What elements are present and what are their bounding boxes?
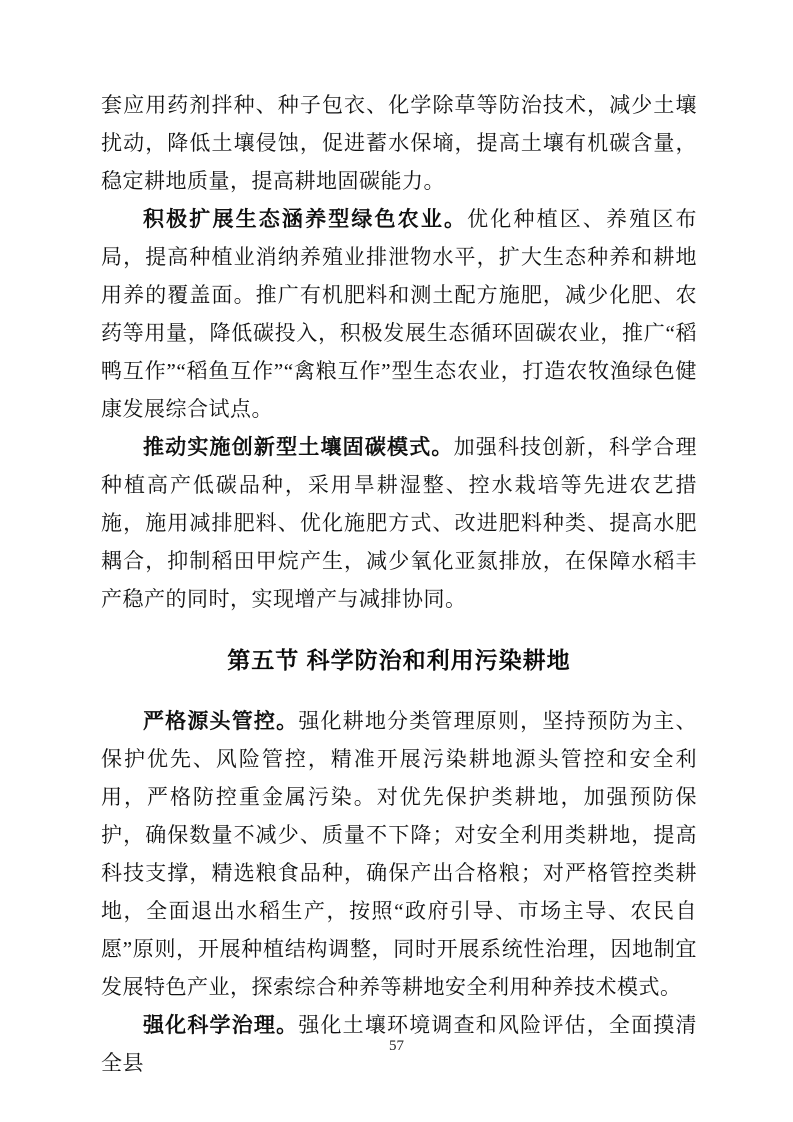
paragraph-lead: 强化科学治理。 <box>143 1013 298 1037</box>
paragraph-lead: 严格源头管控。 <box>143 709 298 733</box>
paragraph-text: 强化耕地分类管理原则，坚持预防为主、保护优先、风险管控，精准开展污染耕地源头管控… <box>101 709 697 999</box>
section-heading: 第五节 科学防治和利用污染耕地 <box>101 640 697 680</box>
paragraph-green-agriculture: 积极扩展生态涵养型绿色农业。优化种植区、养殖区布局，提高种植业消纳养殖业排泄物水… <box>101 200 697 428</box>
paragraph-text: 优化种植区、养殖区布局，提高种植业消纳养殖业排泄物水平，扩大生态种养和耕地用养的… <box>101 207 697 421</box>
page-body: 套应用药剂拌种、种子包衣、化学除草等防治技术，减少土壤扰动，降低土壤侵蚀，促进蓄… <box>101 86 697 1082</box>
document-page: 套应用药剂拌种、种子包衣、化学除草等防治技术，减少土壤扰动，降低土壤侵蚀，促进蓄… <box>0 0 793 1122</box>
paragraph-text: 加强科技创新，科学合理种植高产低碳品种，采用旱耕湿整、控水栽培等先进农艺措施，施… <box>101 435 697 611</box>
paragraph-lead: 积极扩展生态涵养型绿色农业。 <box>143 207 467 231</box>
page-number: 57 <box>0 1038 793 1055</box>
paragraph-soil-carbon-model: 推动实施创新型土壤固碳模式。加强科技创新，科学合理种植高产低碳品种，采用旱耕湿整… <box>101 428 697 618</box>
paragraph-text: 套应用药剂拌种、种子包衣、化学除草等防治技术，减少土壤扰动，降低土壤侵蚀，促进蓄… <box>101 93 697 193</box>
paragraph-source-control: 严格源头管控。强化耕地分类管理原则，坚持预防为主、保护优先、风险管控，精准开展污… <box>101 702 697 1006</box>
paragraph-continuation: 套应用药剂拌种、种子包衣、化学除草等防治技术，减少土壤扰动，降低土壤侵蚀，促进蓄… <box>101 86 697 200</box>
paragraph-lead: 推动实施创新型土壤固碳模式。 <box>143 435 454 459</box>
